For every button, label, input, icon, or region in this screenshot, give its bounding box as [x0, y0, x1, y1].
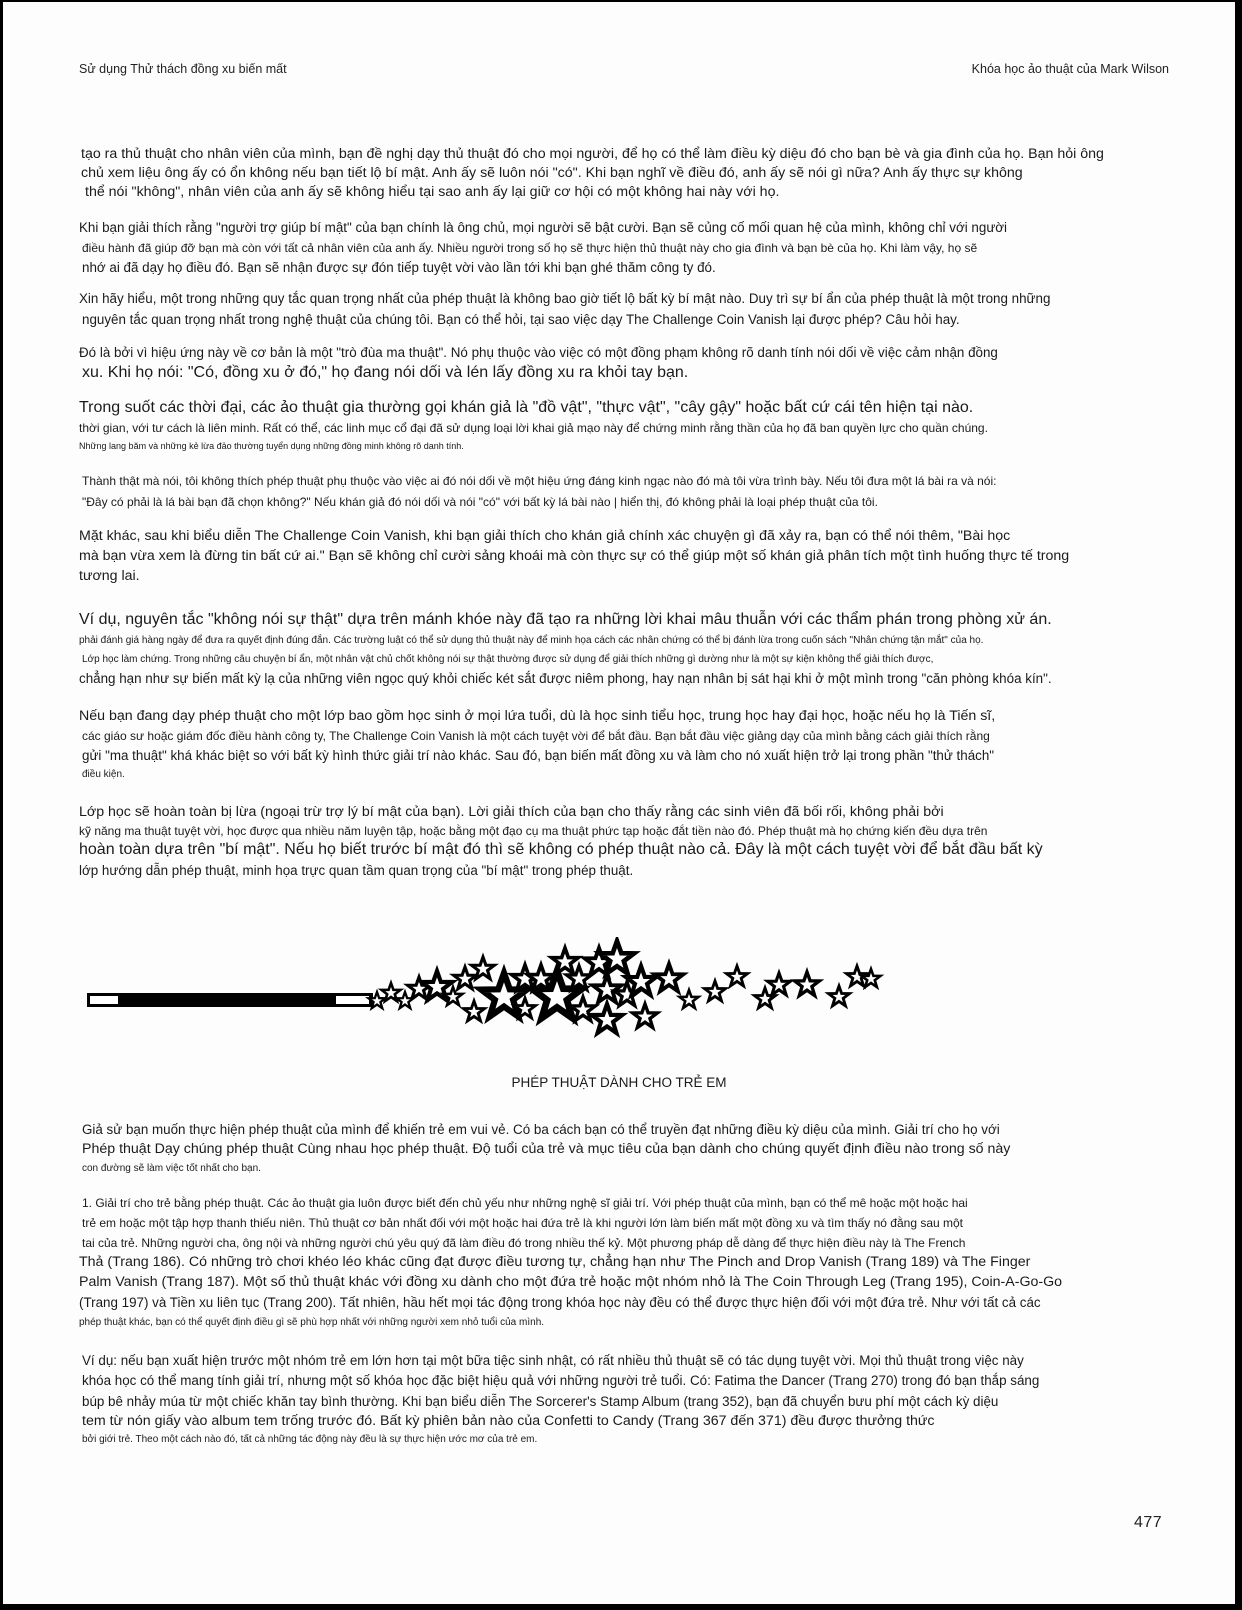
paragraph: Trong suốt các thời đại, các ảo thuật gi…	[79, 400, 1169, 451]
text-line: điều kiện.	[82, 770, 1169, 780]
paragraph: Nếu bạn đang dạy phép thuật cho một lớp …	[79, 709, 1169, 780]
paragraph: Giả sử bạn muốn thực hiện phép thuật của…	[79, 1123, 1169, 1174]
magic-wand-icon	[79, 937, 1179, 1047]
page-number: 477	[1134, 1514, 1162, 1532]
text-line: Xin hãy hiểu, một trong những quy tắc qu…	[79, 292, 1169, 305]
paragraph: Thành thật mà nói, tôi không thích phép …	[79, 475, 1169, 508]
text-line: trẻ em hoặc một tập hợp thanh thiếu niên…	[82, 1217, 1169, 1229]
text-line: Mặt khác, sau khi biểu diễn The Challeng…	[79, 529, 1169, 543]
running-header-left: Sử dụng Thử thách đồng xu biến mất	[79, 62, 287, 76]
text-line: Phép thuật Dạy chúng phép thuật Cùng nha…	[82, 1142, 1169, 1156]
text-line: phải đánh giá hàng ngày để đưa ra quyết …	[79, 636, 1169, 646]
text-line: tương lai.	[79, 569, 1169, 583]
text-line: Lớp học sẽ hoàn toàn bị lừa (ngoại trừ t…	[79, 805, 1169, 819]
paragraph: Xin hãy hiểu, một trong những quy tắc qu…	[79, 292, 1169, 327]
paragraph: Khi bạn giải thích rằng "người trợ giúp …	[79, 221, 1169, 275]
text-line: mà bạn vừa xem là đừng tin bất cứ ai." B…	[79, 549, 1169, 563]
text-line: chủ xem liệu ông ấy có ổn không nếu bạn …	[81, 166, 1169, 180]
text-line: tạo ra thủ thuật cho nhân viên của mình,…	[81, 147, 1169, 161]
text-line: các giáo sư hoặc giám đốc điều hành công…	[82, 730, 1169, 742]
text-line: thời gian, với tư cách là liên minh. Rất…	[79, 422, 1169, 434]
document-page: Sử dụng Thử thách đồng xu biến mất Khóa …	[3, 2, 1235, 1604]
text-line: Trong suốt các thời đại, các ảo thuật gi…	[79, 400, 1169, 416]
text-line: Palm Vanish (Trang 187). Một số thủ thuậ…	[79, 1275, 1169, 1289]
text-line: thể nói "không", nhân viên của anh ấy sẽ…	[85, 185, 1169, 199]
text-line: 1. Giải trí cho trẻ bằng phép thuật. Các…	[82, 1197, 1169, 1209]
running-header-right: Khóa học ảo thuật của Mark Wilson	[972, 62, 1169, 76]
paragraph: Mặt khác, sau khi biểu diễn The Challeng…	[79, 529, 1169, 584]
text-line: Ví dụ, nguyên tắc "không nói sự thật" dự…	[79, 612, 1169, 628]
text-line: gửi "ma thuật" khá khác biệt so với bất …	[82, 749, 1169, 762]
text-line: (Trang 197) và Tiền xu liên tục (Trang 2…	[79, 1296, 1169, 1309]
text-line: lớp hướng dẫn phép thuật, minh họa trực …	[79, 864, 1169, 877]
text-line: nhớ ai đã dạy họ điều đó. Bạn sẽ nhận đư…	[82, 261, 1169, 274]
text-line: Khi bạn giải thích rằng "người trợ giúp …	[79, 221, 1169, 234]
text-line: chẳng hạn như sự biến mất kỳ lạ của nhữn…	[79, 672, 1169, 685]
text-line: kỹ năng ma thuật tuyệt vời, học được qua…	[79, 825, 1169, 837]
paragraph: Lớp học sẽ hoàn toàn bị lừa (ngoại trừ t…	[79, 805, 1169, 878]
text-line: Thành thật mà nói, tôi không thích phép …	[82, 475, 1169, 487]
text-line: điều hành đã giúp đỡ bạn mà còn với tất …	[82, 242, 1169, 254]
text-line: Nếu bạn đang dạy phép thuật cho một lớp …	[79, 709, 1169, 723]
paragraph: tạo ra thủ thuật cho nhân viên của mình,…	[79, 147, 1169, 200]
text-line: hoàn toàn dựa trên "bí mật". Nếu họ biết…	[79, 842, 1169, 858]
section-title: PHÉP THUẬT DÀNH CHO TRẺ EM	[3, 1075, 1235, 1090]
text-line: nguyên tắc quan trọng nhất trong nghệ th…	[82, 313, 1169, 326]
paragraph: 1. Giải trí cho trẻ bằng phép thuật. Các…	[79, 1197, 1169, 1328]
text-line: tai của trẻ. Những người cha, ông nội và…	[82, 1237, 1169, 1249]
text-line: Giả sử bạn muốn thực hiện phép thuật của…	[82, 1123, 1169, 1136]
paragraph: Ví dụ: nếu bạn xuất hiện trước một nhóm …	[79, 1354, 1169, 1445]
text-line: "Đây có phải là lá bài bạn đã chọn không…	[82, 496, 1169, 508]
text-line: Thả (Trang 186). Có những trò chơi khéo …	[79, 1255, 1169, 1269]
text-line: Lớp học làm chứng. Trong những câu chuyệ…	[82, 655, 1169, 665]
text-line: Đó là bởi vì hiệu ứng này về cơ bản là m…	[79, 346, 1169, 359]
text-line: xu. Khi họ nói: "Có, đồng xu ở đó," họ đ…	[82, 365, 1169, 381]
paragraph: Ví dụ, nguyên tắc "không nói sự thật" dự…	[79, 612, 1169, 685]
text-line: con đường sẽ làm việc tốt nhất cho bạn.	[82, 1164, 1169, 1174]
text-line: búp bê nhảy múa từ một chiếc khăn tay bì…	[82, 1395, 1169, 1408]
text-line: khóa học có thể mang tính giải trí, nhưn…	[82, 1374, 1169, 1387]
magic-wand-with-stars-illustration	[79, 937, 1179, 1047]
text-line: Ví dụ: nếu bạn xuất hiện trước một nhóm …	[82, 1354, 1169, 1367]
text-line: phép thuật khác, bạn có thể quyết định đ…	[79, 1318, 1169, 1328]
text-line: bởi giới trẻ. Theo một cách nào đó, tất …	[82, 1435, 1169, 1445]
text-line: Những lang băm và những kẻ lừa đảo thườn…	[79, 442, 1169, 451]
paragraph: Đó là bởi vì hiệu ứng này về cơ bản là m…	[79, 346, 1169, 381]
text-line: tem từ nón giấy vào album tem trống trướ…	[82, 1414, 1169, 1428]
